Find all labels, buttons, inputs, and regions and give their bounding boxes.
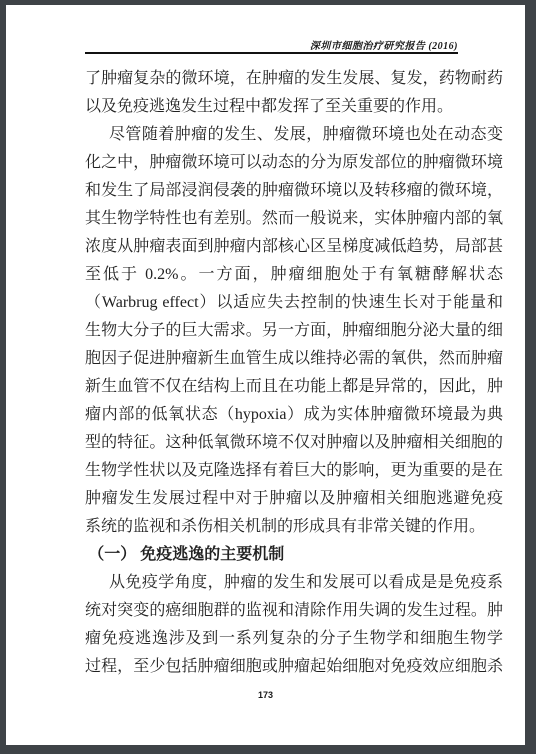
text-line: （Warbrug effect）以适应失去控制的快速生长对于能量和 [85,289,503,317]
page-footer: 173 [6,685,525,703]
text-line: 胞因子促进肿瘤新生血管生成以维持必需的氧供，然而肿瘤 [85,345,503,373]
text-line: 生物学性状以及克隆选择有着巨大的影响，更为重要的是在 [85,457,503,485]
text-line: 过程，至少包括肿瘤细胞或肿瘤起始细胞对免疫效应细胞杀 [85,653,503,681]
text-line: 型的特征。这种低氧微环境不仅对肿瘤以及肿瘤相关细胞的 [85,429,503,457]
document-page: 深圳市细胞治疗研究报告 (2016) 了肿瘤复杂的微环境，在肿瘤的发生发展、复发… [6,5,525,745]
page-number: 173 [258,690,273,700]
text-line: 瘤内部的低氧状态（hypoxia）成为实体肿瘤微环境最为典 [85,401,503,429]
text-line: 浓度从肿瘤表面到肿瘤内部核心区呈梯度减低趋势，局部甚 [85,233,503,261]
text-line: 和发生了局部浸润侵袭的肿瘤微环境以及转移瘤的微环境， [85,177,503,205]
running-header-title: 深圳市细胞治疗研究报告 (2016) [85,37,458,52]
text-line: 新生血管不仅在结构上而且在功能上都是异常的，因此，肿 [85,373,503,401]
text-line: 化之中，肿瘤微环境可以动态的分为原发部位的肿瘤微环境 [85,149,503,177]
text-line: 其生物学特性也有差别。然而一般说来，实体肿瘤内部的氧 [85,205,503,233]
text-line: 统对突变的癌细胞群的监视和清除作用失调的发生过程。肿 [85,597,503,625]
text-line: 系统的监视和杀伤相关机制的形成具有非常关键的作用。 [85,513,503,541]
text-line: 瘤免疫逃逸涉及到一系列复杂的分子生物学和细胞生物学 [85,625,503,653]
text-line: 肿瘤发生发展过程中对于肿瘤以及肿瘤相关细胞逃避免疫 [85,485,503,513]
document-body: 了肿瘤复杂的微环境，在肿瘤的发生发展、复发，药物耐药以及免疫逃逸发生过程中都发挥… [85,65,503,681]
section-heading: （一） 免疫逃逸的主要机制 [85,541,503,569]
text-line: 至低于 0.2%。一方面，肿瘤细胞处于有氧糖酵解状态 [85,261,503,289]
text-line: 生物大分子的巨大需求。另一方面，肿瘤细胞分泌大量的细 [85,317,503,345]
text-line: 尽管随着肿瘤的发生、发展，肿瘤微环境也处在动态变 [85,121,503,149]
pdf-viewer-frame: 深圳市细胞治疗研究报告 (2016) 了肿瘤复杂的微环境，在肿瘤的发生发展、复发… [0,0,536,754]
text-line: 从免疫学角度，肿瘤的发生和发展可以看成是是免疫系 [85,569,503,597]
text-line: 以及免疫逃逸发生过程中都发挥了至关重要的作用。 [85,93,503,121]
text-line: 了肿瘤复杂的微环境，在肿瘤的发生发展、复发，药物耐药 [85,65,503,93]
header-rule-divider [85,52,458,54]
